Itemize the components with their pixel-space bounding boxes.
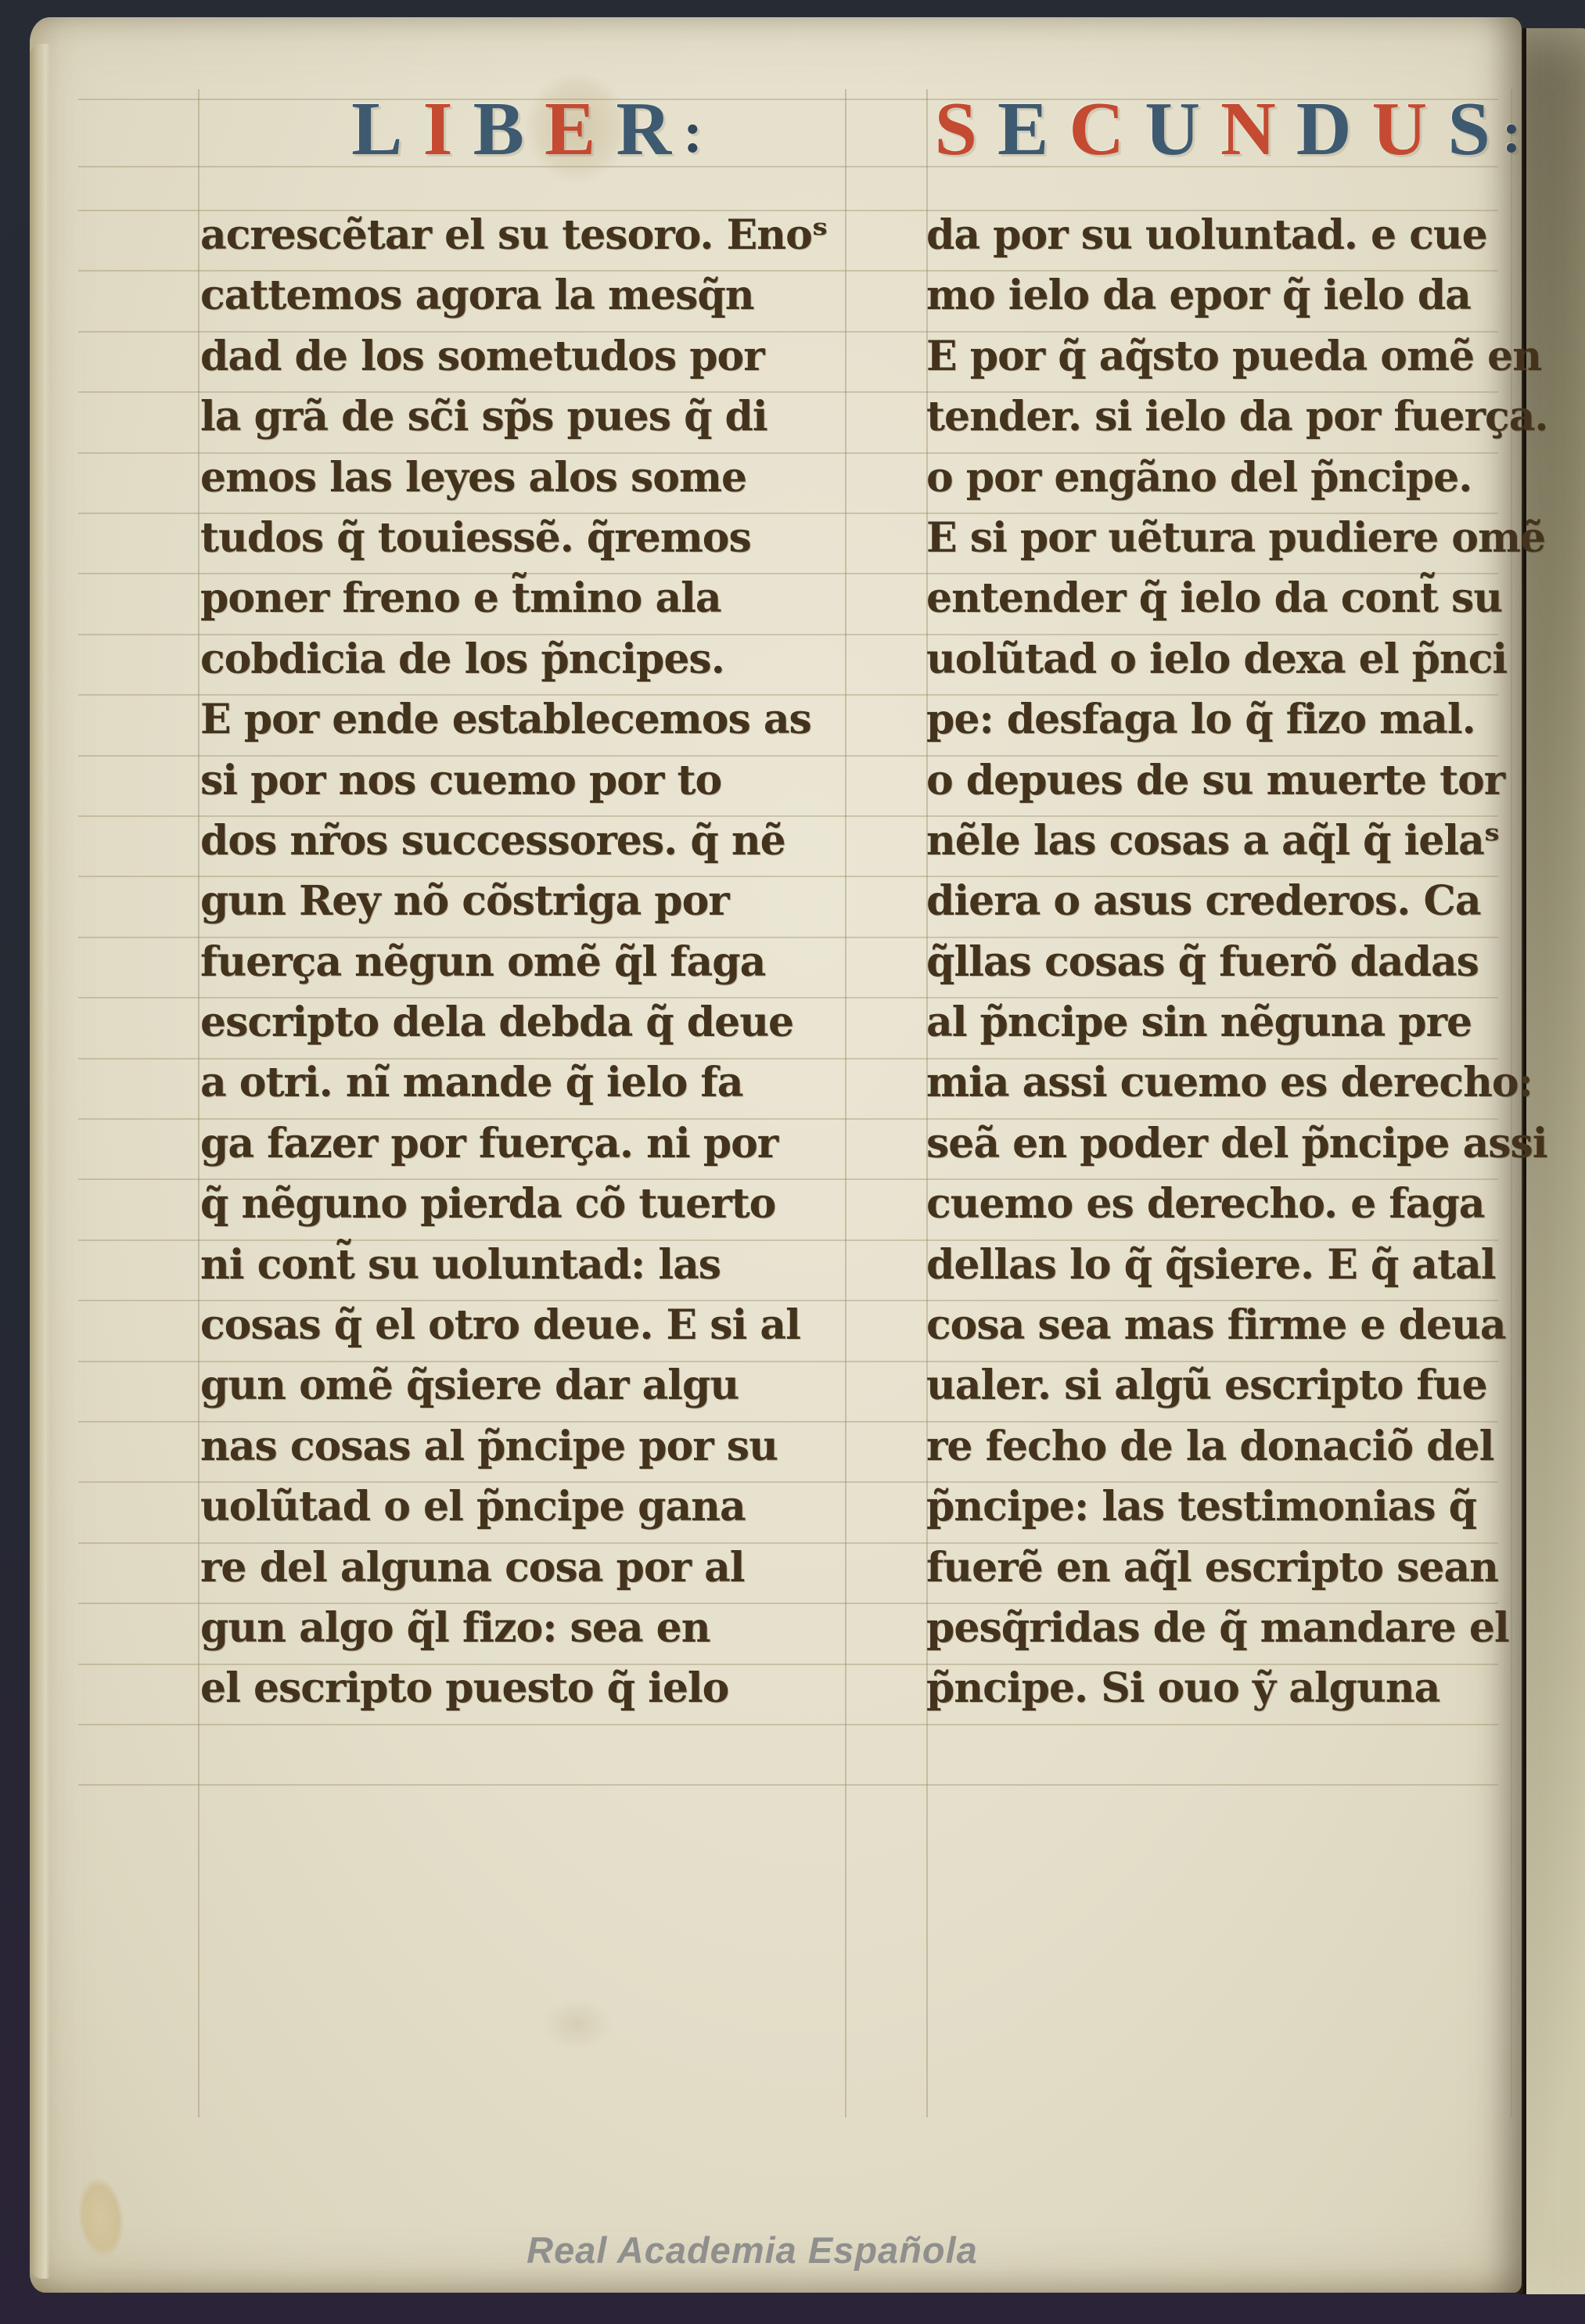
manuscript-line: p̃ncipe. Si ouo ỹ alguna	[926, 1658, 1552, 1718]
manuscript-line: q̃llas cosas q̃ fuerõ dadas	[926, 932, 1552, 992]
manuscript-line: da por su uoluntad. e cue	[926, 205, 1552, 265]
manuscript-line: ni cont̃ su uoluntad: las	[200, 1235, 854, 1295]
running-title-secundus: SECUNDUS:	[918, 83, 1529, 175]
manuscript-line: tudos q̃ touiessẽ. q̃remos	[200, 508, 854, 568]
manuscript-line: nas cosas al p̃ncipe por su	[200, 1416, 854, 1477]
header-letter: B	[473, 91, 524, 167]
manuscript-line: ualer. si algũ escripto fue	[926, 1355, 1552, 1416]
manuscript-photo: LIBER: SECUNDUS: acrescẽtar el su tesoro…	[0, 0, 1585, 2324]
header-letter: :	[683, 104, 703, 162]
manuscript-line: dellas lo q̃ q̃siere. E q̃ atal	[926, 1235, 1552, 1295]
manuscript-line: la grã de sc̃i sp̃s pues q̃ di	[200, 387, 854, 447]
manuscript-line: E por ende establecemos as	[200, 689, 854, 750]
manuscript-line: dad de los sometudos por	[200, 326, 854, 387]
manuscript-line: gun omẽ q̃siere dar algu	[200, 1355, 854, 1416]
manuscript-line: acrescẽtar el su tesoro. Enoˢ	[200, 205, 854, 265]
text-column-right: da por su uoluntad. e cuemo ielo da epor…	[926, 205, 1552, 1719]
header-letter: D	[1296, 91, 1352, 167]
manuscript-line: tender. si ielo da por fuerça.	[926, 387, 1552, 447]
manuscript-line: gun algo q̃l fizo: sea en	[200, 1598, 854, 1658]
watermark-text: Real Academia Española	[30, 2229, 1475, 2272]
running-title-liber: LIBER:	[200, 83, 845, 175]
header-letter: N	[1220, 91, 1276, 167]
manuscript-line: cobdicia de los p̃ncipes.	[200, 629, 854, 689]
manuscript-line: uolũtad o ielo dexa el p̃nci	[926, 629, 1552, 689]
manuscript-line: mo ielo da epor q̃ ielo da	[926, 265, 1552, 326]
manuscript-line: cattemos agora la mesq̃n	[200, 265, 854, 326]
manuscript-line: re fecho de la donaciõ del	[926, 1416, 1552, 1477]
header-letter: R	[616, 91, 671, 167]
manuscript-line: pe: desfaga lo q̃ fizo mal.	[926, 689, 1552, 750]
manuscript-line: p̃ncipe: las testimonias q̃	[926, 1477, 1552, 1537]
header-letter: L	[351, 91, 402, 167]
manuscript-line: entender q̃ ielo da cont̃ su	[926, 568, 1552, 628]
manuscript-line: cosas q̃ el otro deue. E si al	[200, 1295, 854, 1355]
header-letter: U	[1145, 91, 1200, 167]
manuscript-line: cuemo es derecho. e faga	[926, 1174, 1552, 1234]
manuscript-line: pesq̃ridas de q̃ mandare el	[926, 1598, 1552, 1658]
header-letter: E	[545, 91, 595, 167]
manuscript-line: mia assi cuemo es derecho:	[926, 1052, 1552, 1113]
manuscript-line: el escripto puesto q̃ ielo	[200, 1658, 854, 1718]
manuscript-line: o depues de su muerte tor	[926, 750, 1552, 811]
header-letter: C	[1069, 91, 1124, 167]
page-left-edge-stack	[30, 44, 50, 2279]
manuscript-line: ga fazer por fuerça. ni por	[200, 1113, 854, 1174]
manuscript-line: E por q̃ aq̃sto pueda omẽ en	[926, 326, 1552, 387]
text-column-left: acrescẽtar el su tesoro. Enoˢcattemos ag…	[200, 205, 854, 1719]
header-letter: S	[1447, 91, 1490, 167]
manuscript-line: fuerẽ en aq̃l escripto sean	[926, 1538, 1552, 1598]
manuscript-line: q̃ nẽguno pierda cõ tuerto	[200, 1174, 854, 1234]
manuscript-line: re del alguna cosa por al	[200, 1538, 854, 1598]
lower-stain	[530, 1989, 624, 2060]
manuscript-line: dos nr̃os successores. q̃ nẽ	[200, 811, 854, 871]
manuscript-line: fuerça nẽgun omẽ q̃l faga	[200, 932, 854, 992]
manuscript-line: cosa sea mas firme e deua	[926, 1295, 1552, 1355]
manuscript-line: al p̃ncipe sin nẽguna pre	[926, 992, 1552, 1052]
manuscript-line: uolũtad o el p̃ncipe gana	[200, 1477, 854, 1537]
header-letter: :	[1502, 104, 1522, 162]
manuscript-line: gun Rey nõ cõstriga por	[200, 871, 854, 931]
manuscript-line: seã en poder del p̃ncipe assi	[926, 1113, 1552, 1174]
header-letter: I	[423, 91, 453, 167]
header-letter: E	[997, 91, 1048, 167]
ruling-line-vertical	[198, 89, 199, 2117]
manuscript-line: poner freno e t̃mino ala	[200, 568, 854, 628]
header-letter: S	[935, 91, 978, 167]
manuscript-line: diera o asus crederos. Ca	[926, 871, 1552, 931]
parchment-page: LIBER: SECUNDUS: acrescẽtar el su tesoro…	[30, 17, 1522, 2293]
header-letter: U	[1372, 91, 1428, 167]
ruling-line-horizontal	[78, 1724, 1498, 1725]
manuscript-line: a otri. nĩ mande q̃ ielo fa	[200, 1052, 854, 1113]
manuscript-line: E si por uẽtura pudiere omẽ	[926, 508, 1552, 568]
manuscript-line: o por engãno del p̃ncipe.	[926, 448, 1552, 508]
manuscript-line: si por nos cuemo por to	[200, 750, 854, 811]
ruling-line-horizontal	[78, 1784, 1498, 1786]
manuscript-line: nẽle las cosas a aq̃l q̃ ielaˢ	[926, 811, 1552, 871]
manuscript-line: emos las leyes alos some	[200, 448, 854, 508]
manuscript-line: escripto dela debda q̃ deue	[200, 992, 854, 1052]
